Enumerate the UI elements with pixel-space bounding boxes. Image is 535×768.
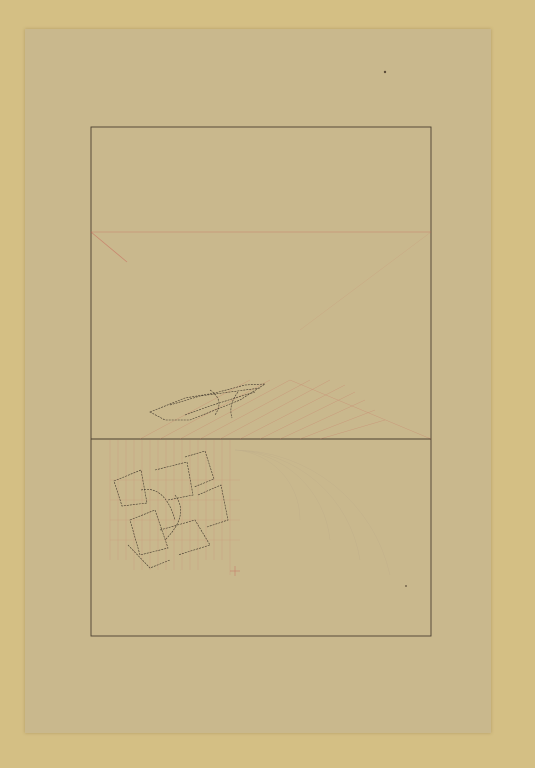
construction-lines [140, 380, 431, 439]
knot-plan [114, 451, 228, 568]
knot-perspective [150, 384, 265, 420]
drawing [0, 0, 535, 768]
